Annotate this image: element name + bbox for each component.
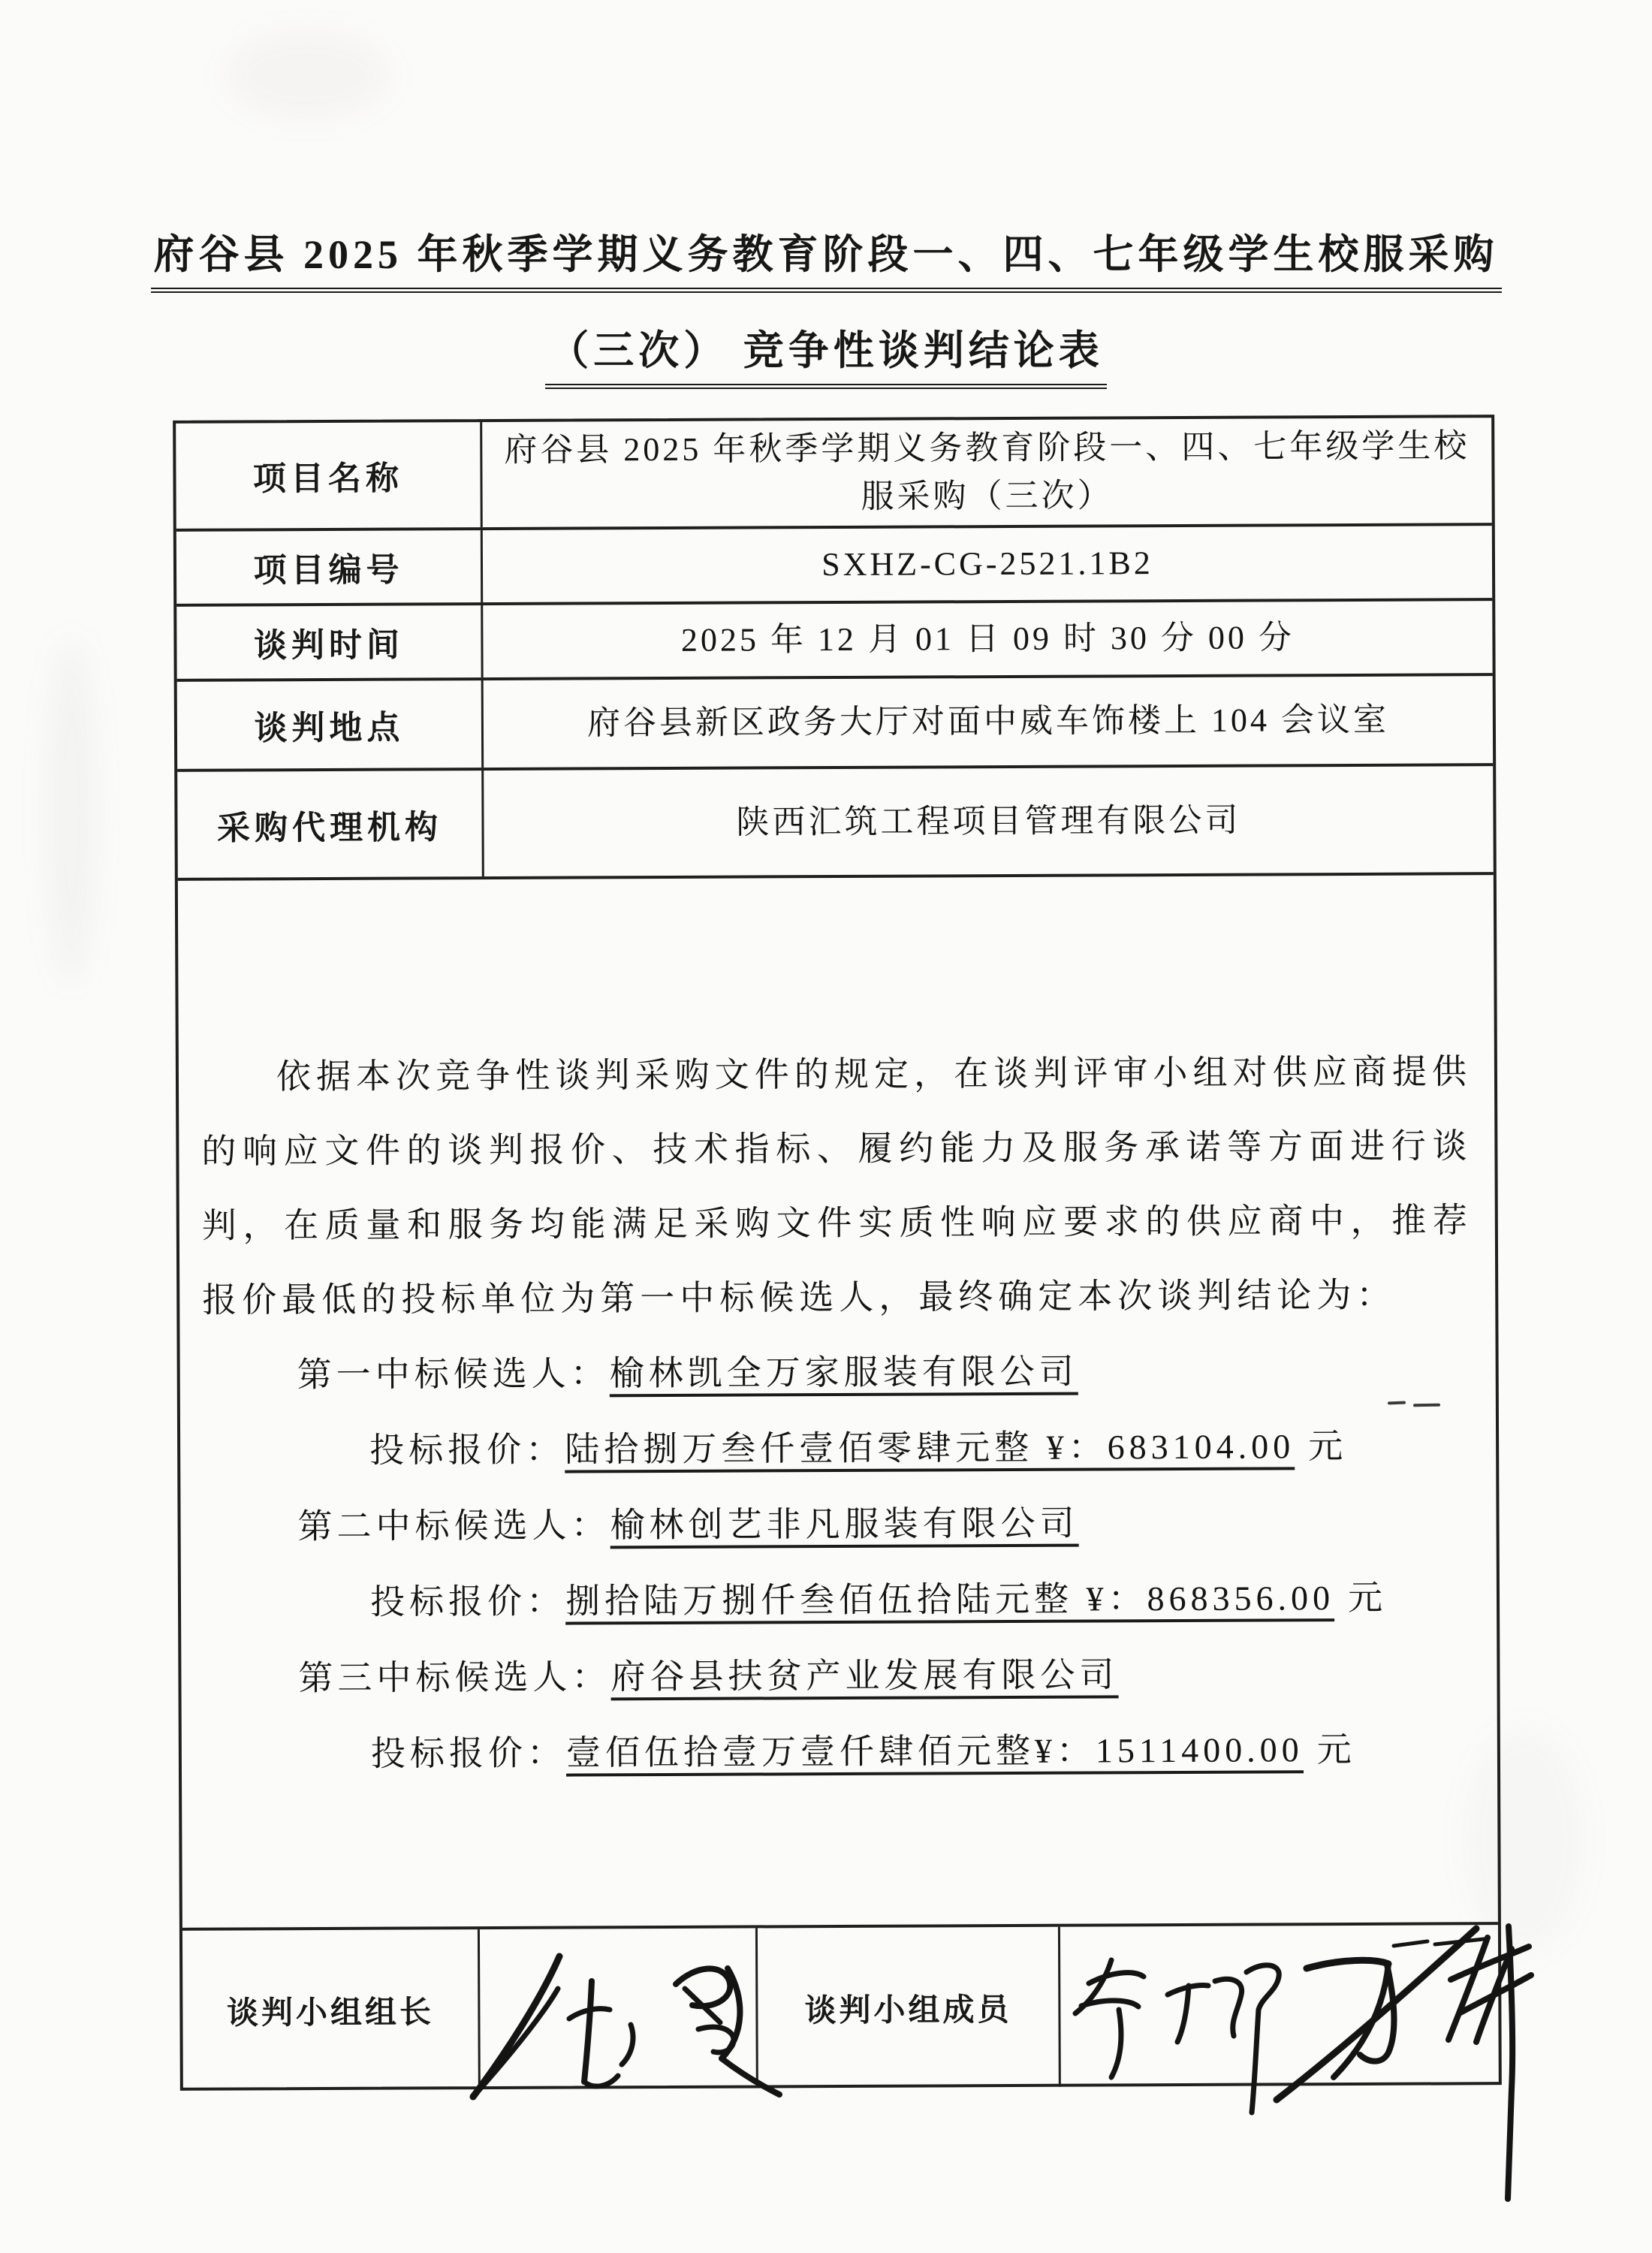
yen-symbol: ¥： (1033, 1428, 1108, 1466)
candidate-1-price-cn: 陆拾捌万叁仟壹佰零肆元整 (565, 1428, 1033, 1469)
group-leader-label-cell: 谈判小组组长 (182, 1929, 481, 2091)
yen-symbol: ¥： (1073, 1579, 1147, 1618)
candidate-2-rank-label: 第二中标候选人： (297, 1506, 610, 1546)
candidate-3-price-label: 投标报价： (371, 1734, 566, 1773)
candidate-1-price-unit: 元 (1308, 1427, 1347, 1465)
document-title-line1: 府谷县 2025 年秋季学期义务教育阶段一、四、七年级学生校服采购 (151, 222, 1502, 293)
project-name-value: 府谷县 2025 年秋季学期义务教育阶段一、四、七年级学生校服采购（三次） (482, 418, 1492, 527)
candidate-1-rank-label: 第一中标候选人： (297, 1354, 610, 1394)
procurement-agency-label: 采购代理机构 (177, 771, 484, 878)
candidate-3-price-num: 1511400.00 (1096, 1730, 1304, 1769)
candidate-3-price-cn: 壹佰伍拾壹万壹仟肆佰元整 (566, 1732, 1035, 1772)
negotiation-place-value: 府谷县新区政务大厅对面中威车饰楼上 104 会议室 (484, 676, 1493, 768)
procurement-agency-value: 陕西汇筑工程项目管理有限公司 (484, 766, 1494, 876)
group-members-signature-cell (1060, 1925, 1499, 2087)
candidate-1-company: 榆林凯全万家服装有限公司 (610, 1353, 1078, 1398)
candidate-2-price-line: 投标报价：捌拾陆万捌仟叁佰伍拾陆元整 ¥：868356.00元 (203, 1559, 1474, 1640)
negotiation-time-label: 谈判时间 (176, 605, 483, 679)
scan-dash-artifact (1388, 1401, 1406, 1405)
candidate-1-line: 第一中标候选人：榆林凯全万家服装有限公司 (202, 1332, 1473, 1413)
document-title-line2: （三次） 竞争性谈判结论表 (545, 318, 1107, 389)
document-title: 府谷县 2025 年秋季学期义务教育阶段一、四、七年级学生校服采购 （三次） 竞… (0, 222, 1652, 389)
table-row-negotiation-time: 谈判时间 2025 年 12 月 01 日 09 时 30 分 00 分 (176, 601, 1492, 682)
candidate-2-line: 第二中标候选人：榆林创艺非凡服装有限公司 (203, 1483, 1473, 1564)
group-leader-signature-cell (480, 1928, 758, 2089)
candidate-1-price-num: 683104.00 (1108, 1427, 1295, 1466)
candidate-1-price-label: 投标报价： (369, 1431, 565, 1470)
candidate-3-price-line: 投标报价：壹佰伍拾壹万壹仟肆佰元整¥：1511400.00元 (204, 1711, 1475, 1792)
candidate-3-line: 第三中标候选人：府谷县扶贫产业发展有限公司 (203, 1635, 1474, 1716)
candidate-2-price-unit: 元 (1348, 1579, 1387, 1617)
negotiation-time-value: 2025 年 12 月 01 日 09 时 30 分 00 分 (483, 601, 1492, 677)
conclusion-body-cell: 依据本次竞争性谈判采购文件的规定，在谈判评审小组对供应商提供的响应文件的谈判报价… (178, 875, 1498, 1931)
group-members-label-cell: 谈判小组成员 (758, 1927, 1061, 2089)
conclusion-table: 项目名称 府谷县 2025 年秋季学期义务教育阶段一、四、七年级学生校服采购（三… (173, 415, 1502, 2091)
project-code-value: SXHZ-CG-2521.1B2 (483, 526, 1492, 602)
project-code-label: 项目编号 (176, 530, 483, 604)
candidate-3-rank-label: 第三中标候选人： (298, 1657, 610, 1697)
scan-dash-artifact (1413, 1404, 1440, 1407)
table-row-negotiation-place: 谈判地点 府谷县新区政务大厅对面中威车饰楼上 104 会议室 (177, 676, 1494, 772)
candidate-1-price-line: 投标报价：陆拾捌万叁仟壹佰零肆元整 ¥：683104.00元 (203, 1407, 1473, 1488)
candidate-2-price-cn: 捌拾陆万捌仟叁佰伍拾陆元整 (565, 1580, 1073, 1621)
group-leader-label: 谈判小组组长 (227, 1987, 434, 2033)
scan-smudge (225, 30, 390, 120)
group-members-label: 谈判小组成员 (804, 1984, 1011, 2030)
candidate-2-price-num: 868356.00 (1147, 1579, 1334, 1618)
candidate-3-company: 府谷县扶贫产业发展有限公司 (610, 1655, 1118, 1700)
conclusion-paragraph: 依据本次竞争性谈判采购文件的规定，在谈判评审小组对供应商提供的响应文件的谈判报价… (201, 1034, 1473, 1337)
candidate-2-company: 榆林创艺非凡服装有限公司 (610, 1504, 1078, 1549)
candidate-3-price-unit: 元 (1317, 1730, 1356, 1769)
project-name-label: 项目名称 (176, 422, 483, 529)
signature-row: 谈判小组组长 谈判小组成员 (182, 1925, 1499, 2091)
table-row-project-name: 项目名称 府谷县 2025 年秋季学期义务教育阶段一、四、七年级学生校服采购（三… (176, 418, 1492, 532)
table-row-procurement-agency: 采购代理机构 陕西汇筑工程项目管理有限公司 (177, 766, 1494, 881)
scan-smudge (45, 638, 98, 984)
table-row-project-code: 项目编号 SXHZ-CG-2521.1B2 (176, 526, 1492, 607)
yen-symbol: ¥： (1035, 1732, 1096, 1770)
negotiation-place-label: 谈判地点 (177, 680, 484, 769)
candidate-2-price-label: 投标报价： (370, 1582, 565, 1621)
